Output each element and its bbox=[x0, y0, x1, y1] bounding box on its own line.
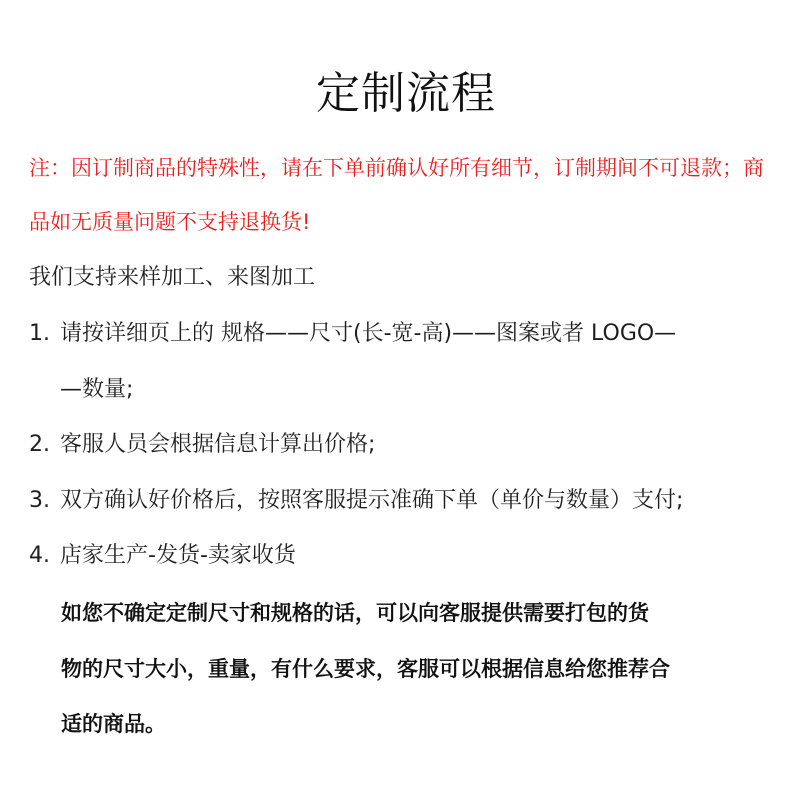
step-3-number: 3. bbox=[29, 490, 60, 512]
tip-line-2: 物的尺寸大小，重量，有什么要求，客服可以根据信息给您推荐合 bbox=[61, 659, 670, 680]
page-title: 定制流程 bbox=[0, 72, 812, 116]
step-3: 3.双方确认好价格后，按照客服提示准确下单（单价与数量）支付; bbox=[29, 490, 683, 512]
step-1-number: 1. bbox=[29, 323, 60, 345]
tip-line-3: 适的商品。 bbox=[61, 714, 166, 735]
notice-line-2: 品如无质量问题不支持退换货! bbox=[29, 212, 310, 233]
step-4-text: 店家生产-发货-卖家收货 bbox=[60, 543, 296, 568]
step-1: 1.请按详细页上的 规格——尺寸(长-宽-高)——图案或者 LOGO— bbox=[29, 323, 676, 345]
step-1-text: 请按详细页上的 规格——尺寸(长-宽-高)——图案或者 LOGO— bbox=[60, 321, 676, 346]
step-4: 4.店家生产-发货-卖家收货 bbox=[29, 545, 296, 567]
step-2: 2.客服人员会根据信息计算出价格; bbox=[29, 434, 375, 456]
step-4-number: 4. bbox=[29, 545, 60, 567]
step-3-text: 双方确认好价格后，按照客服提示准确下单（单价与数量）支付; bbox=[60, 488, 683, 513]
tip-line-1: 如您不确定定制尺寸和规格的话，可以向客服提供需要打包的货 bbox=[61, 603, 649, 624]
notice-line-1: 注：因订制商品的特殊性，请在下单前确认好所有细节，订制期间不可退款；商 bbox=[29, 158, 764, 179]
step-2-number: 2. bbox=[29, 434, 60, 456]
intro-text: 我们支持来样加工、来图加工 bbox=[29, 267, 315, 289]
step-2-text: 客服人员会根据信息计算出价格; bbox=[60, 432, 375, 457]
step-1-continuation: —数量; bbox=[60, 379, 133, 401]
